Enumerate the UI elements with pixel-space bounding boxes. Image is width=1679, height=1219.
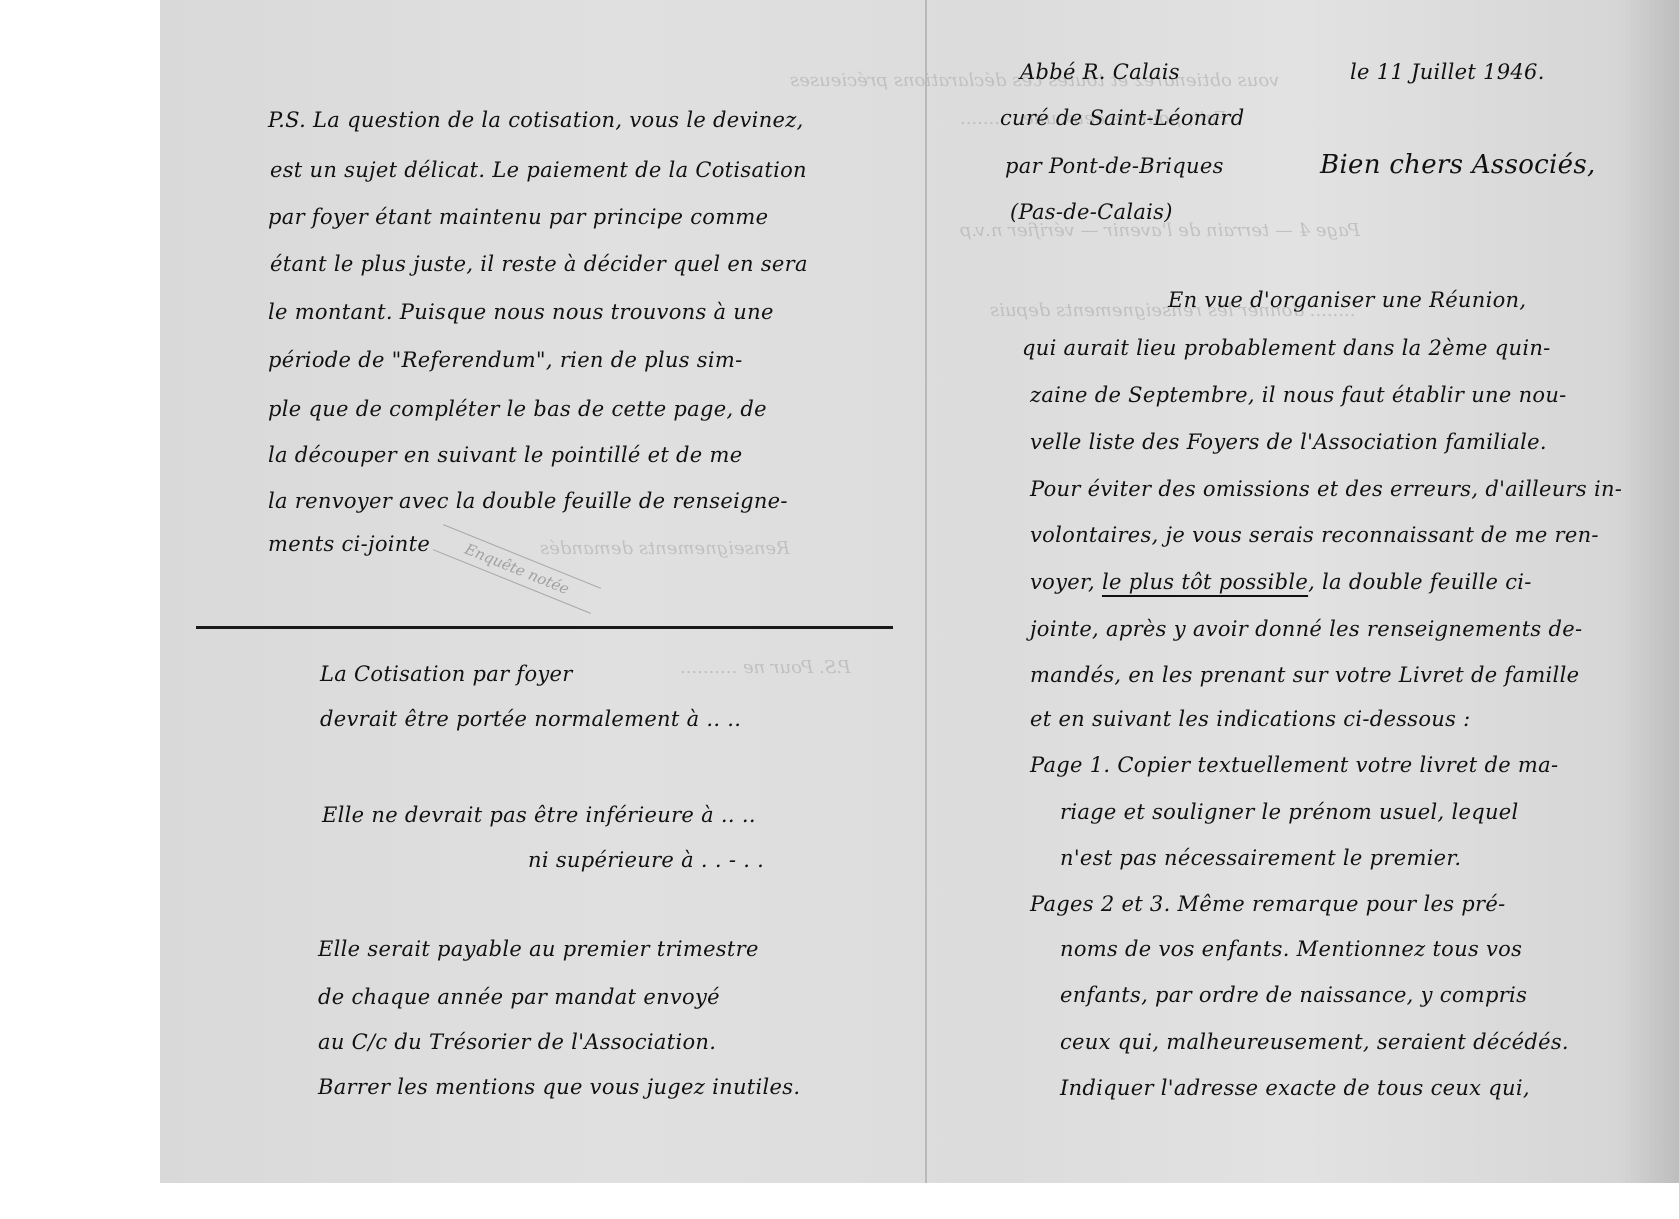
ps-line-4: étant le plus juste, il reste à décider … — [270, 252, 808, 276]
body-line-4: velle liste des Foyers de l'Association … — [1030, 430, 1547, 454]
body-line-11: Page 1. Copier textuellement votre livre… — [1030, 753, 1558, 777]
form-line-4: ni supérieure à . . - . . — [528, 848, 764, 872]
sender-address: par Pont-de-Briques — [1005, 154, 1224, 178]
body-line-2: qui aurait lieu probablement dans la 2èm… — [1022, 336, 1551, 360]
form-line-2: devrait être portée normalement à .. .. — [320, 707, 741, 731]
body-line-12: riage et souligner le prénom usuel, lequ… — [1060, 800, 1519, 824]
body-line-10: et en suivant les indications ci-dessous… — [1030, 707, 1471, 731]
body-line-16: enfants, par ordre de naissance, y compr… — [1060, 983, 1527, 1007]
ps-line-7: ple que de compléter le bas de cette pag… — [268, 397, 767, 421]
body-line-5: Pour éviter des omissions et des erreurs… — [1030, 477, 1622, 501]
form-line-7: au C/c du Trésorier de l'Association. — [318, 1030, 716, 1054]
sender-title: curé de Saint-Léonard — [1000, 106, 1245, 130]
body-line-1: En vue d'organiser une Réunion, — [1168, 288, 1526, 312]
body-line-9: mandés, en les prenant sur votre Livret … — [1030, 663, 1579, 687]
ps-line-1: P.S. La question de la cotisation, vous … — [268, 108, 804, 132]
body-line-7c: , la double feuille ci- — [1308, 570, 1532, 594]
body-line-17: ceux qui, malheureusement, seraient décé… — [1060, 1030, 1569, 1054]
letter-date: le 11 Juillet 1946. — [1350, 60, 1545, 84]
emphasis-underlined: le plus tôt possible — [1102, 570, 1308, 594]
ps-line-2: est un sujet délicat. Le paiement de la … — [270, 158, 807, 182]
body-line-6: volontaires, je vous serais reconnaissan… — [1030, 523, 1599, 547]
body-line-7: voyer, le plus tôt possible, la double f… — [1030, 570, 1532, 594]
form-line-5: Elle serait payable au premier trimestre — [318, 937, 759, 961]
ps-line-6: période de "Referendum", rien de plus si… — [268, 348, 743, 372]
body-line-7a: voyer, — [1030, 570, 1102, 594]
body-line-18: Indiquer l'adresse exacte de tous ceux q… — [1060, 1076, 1530, 1100]
body-line-8: jointe, après y avoir donné les renseign… — [1030, 617, 1582, 641]
sender-region: (Pas-de-Calais) — [1010, 200, 1173, 224]
ps-line-3: par foyer étant maintenu par principe co… — [268, 205, 768, 229]
body-line-13: n'est pas nécessairement le premier. — [1060, 846, 1461, 870]
sender-name: Abbé R. Calais — [1020, 60, 1180, 84]
body-line-14: Pages 2 et 3. Même remarque pour les pré… — [1030, 892, 1506, 916]
ps-line-5: le montant. Puisque nous nous trouvons à… — [268, 300, 774, 324]
form-line-8: Barrer les mentions que vous jugez inuti… — [318, 1075, 800, 1099]
salutation: Bien chers Associés, — [1320, 150, 1596, 180]
bleed-through-text: P.S. Pour ne .......... — [680, 657, 851, 678]
cut-dotted-line — [196, 626, 893, 629]
form-line-1: La Cotisation par foyer — [320, 662, 573, 686]
ps-line-8: la découper en suivant le pointillé et d… — [268, 443, 742, 467]
body-line-15: noms de vos enfants. Mentionnez tous vos — [1060, 937, 1522, 961]
ps-line-9: la renvoyer avec la double feuille de re… — [268, 489, 788, 513]
ps-line-10: ments ci-jointe — [268, 532, 430, 556]
form-line-6: de chaque année par mandat envoyé — [318, 985, 720, 1009]
page-fold-line — [925, 0, 927, 1183]
bleed-through-text: Renseignements demandés — [540, 538, 790, 559]
form-line-3: Elle ne devrait pas être inférieure à ..… — [322, 803, 756, 827]
body-line-3: zaine de Septembre, il nous faut établir… — [1030, 383, 1567, 407]
